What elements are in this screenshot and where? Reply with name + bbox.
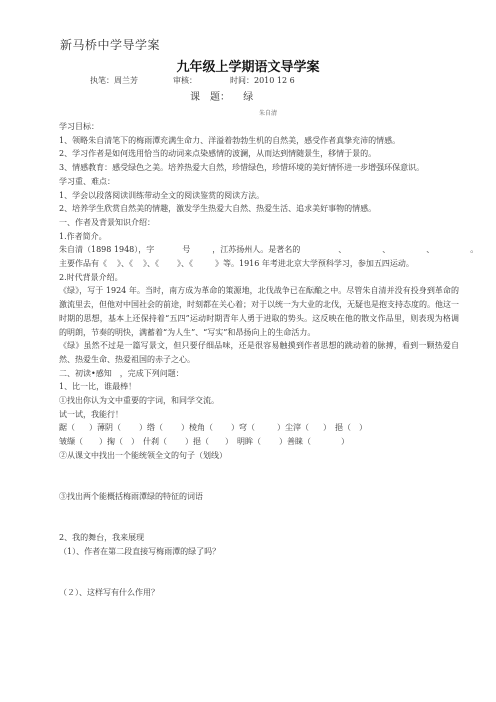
objectives-heading: 学习目标：: [59, 120, 459, 134]
vocab-row-1: 踞（）薄阴（）绺（）棱角（）穹（）尘滓（） 挹（ ）: [59, 421, 459, 435]
date-label: 时间：2010 12 6: [230, 75, 295, 86]
vocab-item: ）棱角（: [181, 423, 213, 432]
vocab-item: ）掬（ ） 什刹（: [99, 437, 167, 446]
author-intro-subheading: 1.作者简介。: [59, 230, 459, 244]
vocab-item: ）绺（: [139, 423, 163, 432]
key-points-heading: 学习重、难点：: [59, 175, 459, 189]
bio-sep: 、: [382, 245, 390, 254]
key-point-item: 1、学会以段落阅读训练带动全文的阅读鉴赏的阅读方法。: [59, 189, 459, 203]
bio-text: 》、《: [177, 259, 193, 268]
vocab-item: ）善睐（: [279, 437, 311, 446]
vocab-item: 皱缬（: [59, 437, 83, 446]
question1-try: 试一试，我能行！: [59, 408, 459, 422]
topic-label: 课 题：: [190, 92, 230, 103]
topic-value: 绿: [243, 92, 253, 103]
author-label: 执笔：周兰芳: [90, 75, 138, 86]
background-paragraph-2: 《绿》虽然不过是一篇写景文，但只要仔细品味，还是很容易触摸到作者思想的跳动着的脉…: [59, 339, 459, 366]
objective-item: 3、情感教育：感受绿色之美。培养热爱大自然，珍惜绿色，珍惜环境的美好情怀进一步增…: [59, 161, 459, 175]
vocab-item: ）尘滓（: [277, 423, 309, 432]
bio-text: 》、《: [117, 259, 133, 268]
question1-item3: ③找出两个能概括梅雨潭绿的特征的词语: [59, 490, 459, 504]
section2-heading: 二、初读•感知 ，完成下列问题：: [59, 367, 459, 381]
text-author: 朱自清: [259, 108, 277, 117]
bio-text: 》、《: [143, 259, 159, 268]
bio-text: ，江苏扬州人。是著名的: [212, 245, 300, 254]
vocab-item: 踞（: [59, 423, 75, 432]
bio-text: 》等。1916 年考进北京大学预科学习，参加五四运动。: [215, 259, 414, 268]
vocab-item: ）挹（ ） 明眸（: [185, 437, 261, 446]
bio-text: 主要作品有《: [59, 259, 107, 268]
bio-sep: 、: [338, 245, 346, 254]
vocab-item: ）薄阴（: [89, 423, 121, 432]
question1-item2: ②从课文中找出一个能统领全文的句子（划线）: [59, 449, 459, 463]
objective-item: 1、领略朱自清笔下的梅雨潭充满生命力、洋溢着勃勃生机的自然美，感受作者真挚充沛的…: [59, 134, 459, 148]
question1-heading: 1、比一比，谁最棒！: [59, 380, 459, 394]
key-point-item: 2、培养学生欣赏自然美的情趣，激发学生热爱大自然、热爱生活、追求美好事物的情感。: [59, 202, 459, 216]
document-body: 学习目标： 1、领略朱自清笔下的梅雨潭充满生命力、洋溢着勃勃生机的自然美，感受作…: [59, 120, 459, 600]
vocab-item: ）: [341, 437, 349, 446]
bio-text: 朱自清（1898 1948），字: [59, 245, 154, 254]
objective-item: 2、学习作者是如何选用恰当的动词来点染感情的波澜，从而达到情随景生，移情于景的。: [59, 147, 459, 161]
bio-end: 。: [470, 245, 478, 254]
background-subheading: 2.时代背景介绍。: [59, 271, 459, 285]
question2-item2: （２）、这样写有什么作用？: [59, 586, 459, 600]
school-name: 新马桥中学导学案: [60, 36, 160, 53]
background-paragraph-1: 《绿》，写于 1924 年。当时，南方成为革命的策源地，北伐战争已在酝酿之中。尽…: [59, 284, 459, 339]
question2-heading: 2、我的舞台，我来展现: [59, 531, 459, 545]
question2-item1: （1）、作者在第二段直接写梅雨潭的绿了吗？: [59, 545, 459, 559]
bio-text: 号: [182, 245, 190, 254]
bio-line-2: 主要作品有《》、《》、《》、《》等。1916 年考进北京大学预科学习，参加五四运…: [59, 257, 459, 271]
bio-line-1: 朱自清（1898 1948），字号，江苏扬州人。是著名的、、、。: [59, 243, 459, 257]
question1-item1: ①找出你认为文中重要的字词，和同学交流。: [59, 394, 459, 408]
vocab-row-2: 皱缬（）掬（ ） 什刹（）挹（ ） 明眸（）善睐（）: [59, 435, 459, 449]
vocab-item: ）穹（: [231, 423, 255, 432]
vocab-item: ） 挹（ ）: [323, 423, 367, 432]
reviewer-label: 审核：: [173, 75, 197, 86]
document-title: 九年级上学期语文导学案: [0, 56, 496, 75]
section1-heading: 一、作者及背景知识介绍：: [59, 216, 459, 230]
bio-sep: 、: [426, 245, 434, 254]
topic-line: 课 题： 绿: [190, 88, 263, 103]
